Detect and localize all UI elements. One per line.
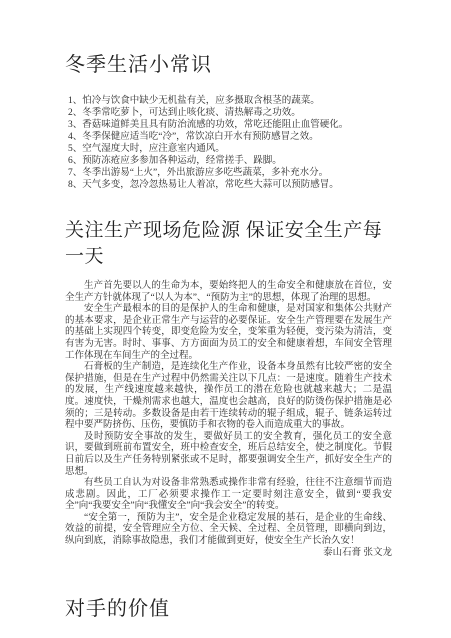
paragraph: 安全生产最根本的目的是保护人的生命和健康，是对国家和集体公共财产的基本要求，是企…	[65, 304, 392, 362]
paragraph: “安全第一，预防为主”，安全是企业稳定发展的基石，是企业的生命线、效益的前提，安…	[65, 513, 392, 548]
safety-article-body: 生产首先要以人的生命为本，要始终把人的生命安全和健康放在首位，安全生产方针就体现…	[65, 281, 392, 548]
author-signature: 泰山石膏 张文龙	[65, 548, 392, 560]
winter-tips-list: 1、怕冷与饮食中缺少无机盐有关，应多摄取含根茎的蔬菜。 2、冬季常吃萝卜，可达到…	[68, 95, 392, 191]
list-item: 5、空气湿度大时，应注意室内通风。	[68, 143, 392, 155]
opponent-article-title: 对手的价值	[65, 596, 392, 622]
paragraph: 及时预防安全事故的发生，要做好员工的安全教育，强化员工的安全意识，要做到班前布置…	[65, 432, 392, 478]
list-item: 3、香菇味道鲜美且具有防治流感的功效，常吃还能阻止血管硬化。	[68, 119, 392, 131]
document-page: 冬季生活小常识 1、怕冷与饮食中缺少无机盐有关，应多摄取含根茎的蔬菜。 2、冬季…	[0, 0, 451, 638]
list-item: 1、怕冷与饮食中缺少无机盐有关，应多摄取含根茎的蔬菜。	[68, 95, 392, 107]
paragraph: 生产首先要以人的生命为本，要始终把人的生命安全和健康放在首位，安全生产方针就体现…	[65, 281, 392, 304]
article-opponent: 对手的价值	[65, 596, 392, 622]
article-safety: 关注生产现场危险源 保证安全生产每一天 生产首先要以人的生命为本，要始终把人的生…	[65, 218, 392, 560]
list-item: 6、预防冻疮应多参加各种运动，经常搓手、跺脚。	[68, 155, 392, 167]
list-item: 8、天气多变，忽冷忽热易让人着凉，常吃些大蒜可以预防感冒。	[68, 179, 392, 191]
list-item: 7、冬季出游易“上火”，外出旅游应多吃些蔬菜，多补充水分。	[68, 167, 392, 179]
article-winter-tips: 冬季生活小常识 1、怕冷与饮食中缺少无机盐有关，应多摄取含根茎的蔬菜。 2、冬季…	[65, 52, 392, 191]
paragraph: 石膏板的生产制造，是连续化生产作业，设备本身虽然有比较严密的安全保护措施，但是在…	[65, 362, 392, 432]
list-item: 4、冬季保健应适当吃“冷”，常饮凉白开水有预防感冒之效。	[68, 131, 392, 143]
safety-article-title: 关注生产现场危险源 保证安全生产每一天	[65, 218, 392, 270]
list-item: 2、冬季常吃萝卜，可达到止咳化痰、清热解毒之功效。	[68, 107, 392, 119]
winter-tips-title: 冬季生活小常识	[65, 52, 392, 78]
paragraph: 有些员工自认为对设备非常熟悉或操作非常有经验，往往不注意细节而造成悲剧。因此，工…	[65, 478, 392, 513]
